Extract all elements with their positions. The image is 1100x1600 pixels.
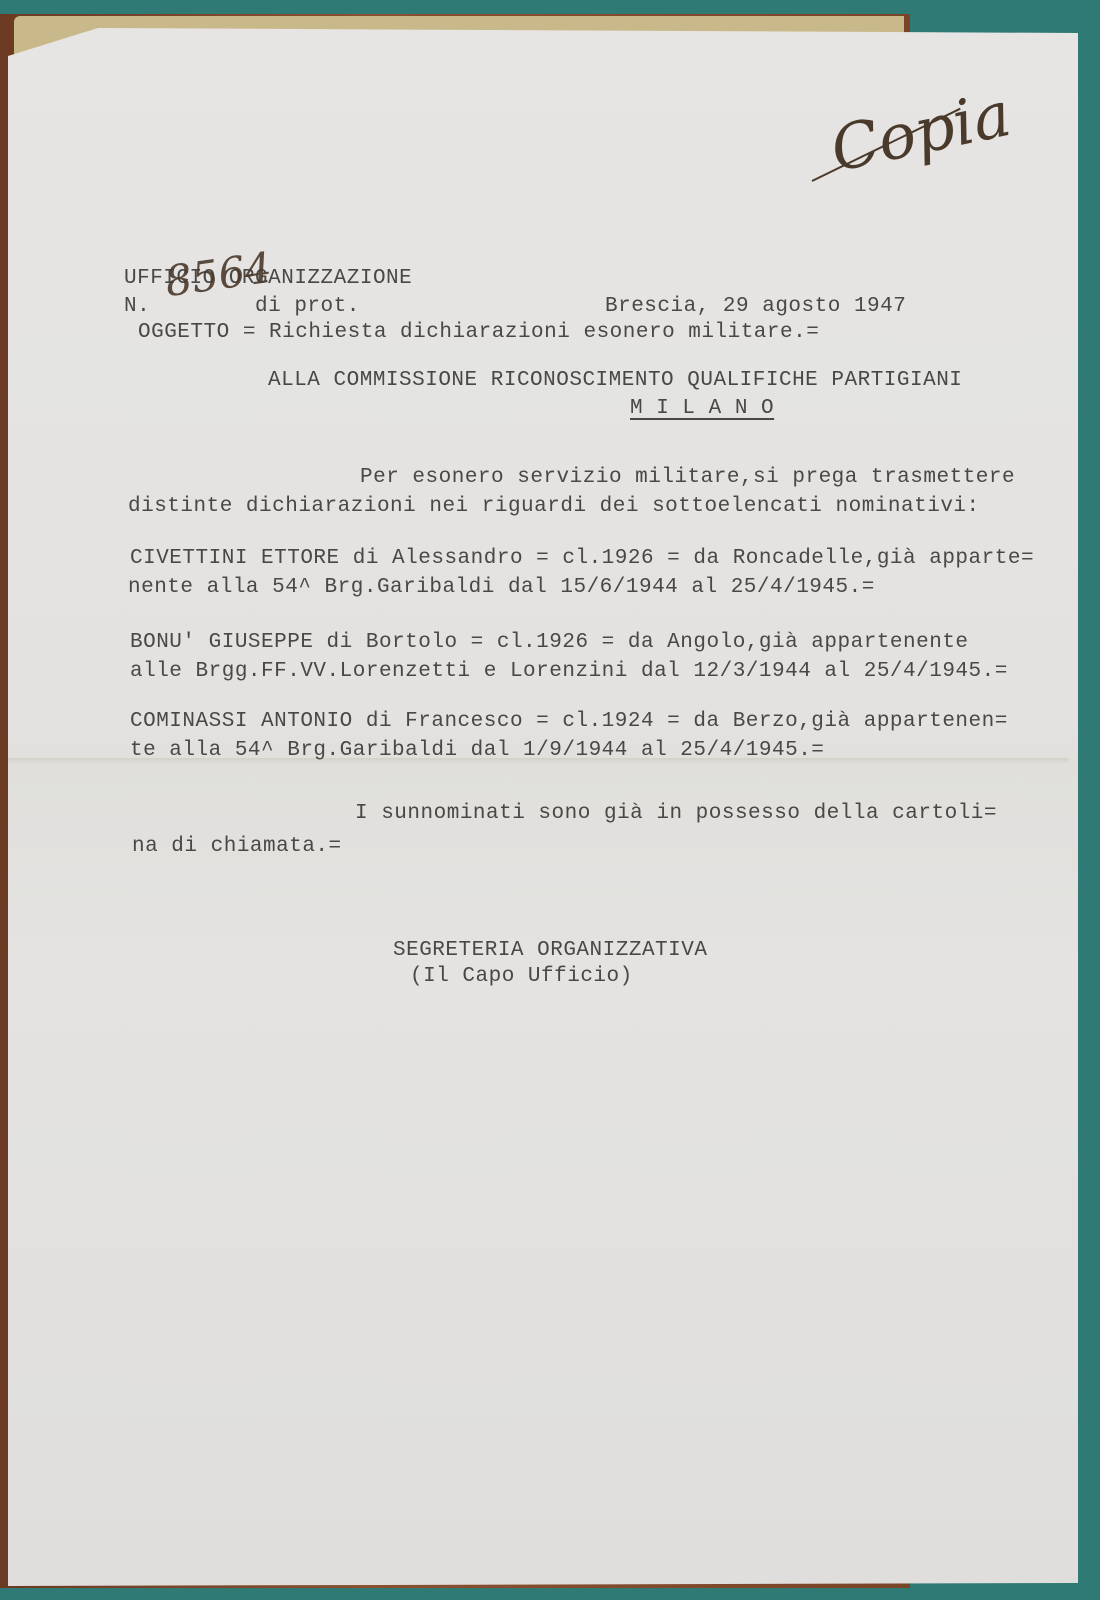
entry-line: nente alla 54^ Brg.Garibaldi dal 15/6/19…	[128, 577, 875, 598]
entry-line: te alla 54^ Brg.Garibaldi dal 1/9/1944 a…	[130, 740, 824, 761]
recipient-line: ALLA COMMISSIONE RICONOSCIMENTO QUALIFIC…	[268, 370, 962, 391]
recipient-city: M I L A N O	[630, 398, 774, 419]
signature-office: SEGRETERIA ORGANIZZATIVA	[393, 940, 707, 961]
entry-line: COMINASSI ANTONIO di Francesco = cl.1924…	[130, 711, 1008, 732]
signature-title: (Il Capo Ufficio)	[410, 966, 633, 987]
entry-line: alle Brgg.FF.VV.Lorenzetti e Lorenzini d…	[130, 661, 1008, 682]
place-date: Brescia, 29 agosto 1947	[605, 296, 906, 317]
closing-line-1: I sunnominati sono già in possesso della…	[355, 803, 997, 824]
closing-line-2: na di chiamata.=	[132, 836, 342, 857]
subject-line: OGGETTO = Richiesta dichiarazioni esoner…	[138, 322, 819, 343]
intro-line-1: Per esonero servizio militare,si prega t…	[360, 467, 1015, 488]
entry-line: CIVETTINI ETTORE di Alessandro = cl.1926…	[130, 548, 1034, 569]
protocol-label: N. di prot.	[124, 296, 360, 317]
entry-line: BONU' GIUSEPPE di Bortolo = cl.1926 = da…	[130, 632, 969, 653]
intro-line-2: distinte dichiarazioni nei riguardi dei …	[128, 496, 980, 517]
